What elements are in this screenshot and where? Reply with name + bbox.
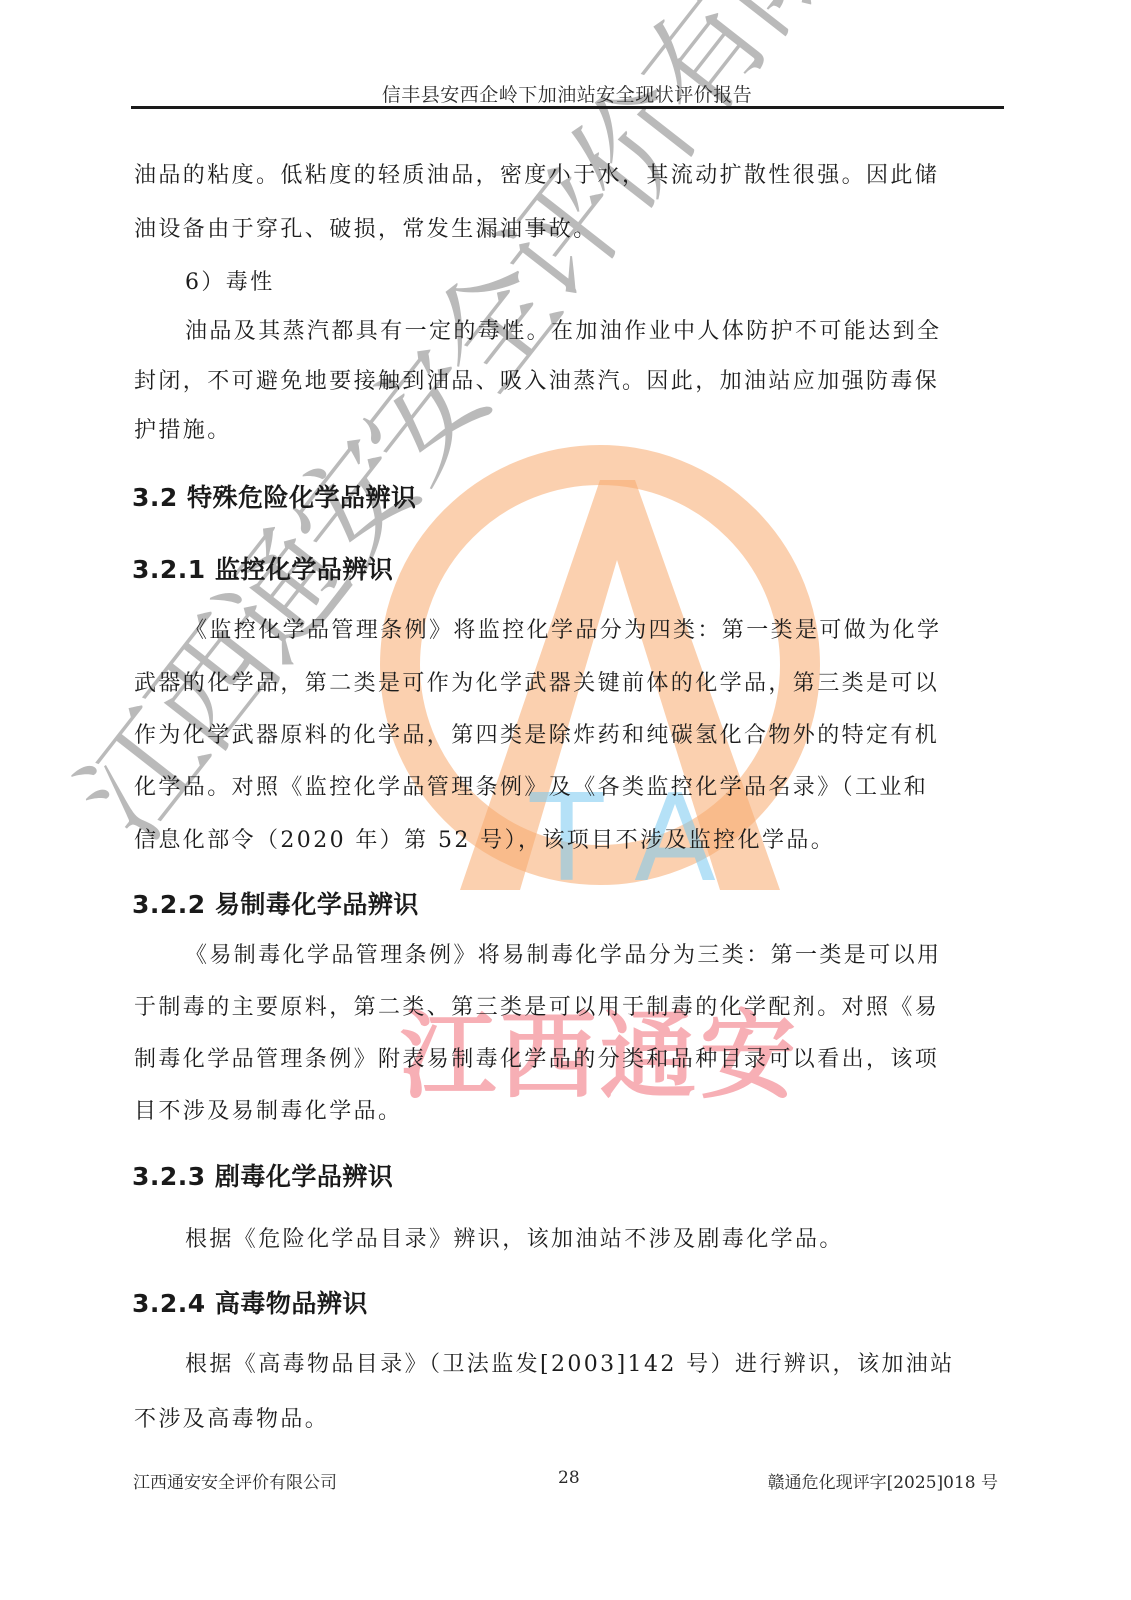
paragraph-line: 油品及其蒸汽都具有一定的毒性。在加油作业中人体防护不可能达到全: [185, 314, 941, 345]
section-heading-3-2-1: 3.2.1 监控化学品辨识: [132, 550, 393, 586]
running-header-title: 信丰县安西企岭下加油站安全现状评价报告: [130, 80, 1004, 107]
document-page: TA 江西通安 江西通安安全评价有限公司 信丰县安西企岭下加油站安全现状评价报告…: [0, 0, 1131, 1600]
footer-page-number: 28: [558, 1468, 580, 1488]
paragraph-line: 封闭，不可避免地要接触到油品、吸入油蒸汽。因此，加油站应加强防毒保: [134, 364, 939, 395]
footer-doc-number: 赣通危化现评字[2025]018 号: [768, 1468, 998, 1493]
paragraph-line: 信息化部令（2020 年）第 52 号），该项目不涉及监控化学品。: [134, 823, 835, 854]
paragraph-line: 武器的化学品，第二类是可作为化学武器关键前体的化学品，第三类是可以: [134, 666, 939, 697]
paragraph-line: 油品的粘度。低粘度的轻质油品，密度小于水，其流动扩散性很强。因此储: [134, 158, 939, 189]
paragraph-line: 护措施。: [134, 413, 232, 444]
paragraph-line: 油设备由于穿孔、破损，常发生漏油事故。: [134, 212, 598, 243]
paragraph-line: 根据《高毒物品目录》（卫法监发[2003]142 号）进行辨识，该加油站: [185, 1347, 955, 1378]
paragraph-line: 根据《危险化学品目录》辨识，该加油站不涉及剧毒化学品。: [185, 1222, 844, 1253]
section-heading-3-2-3: 3.2.3 剧毒化学品辨识: [132, 1157, 393, 1193]
paragraph-line: 《监控化学品管理条例》将监控化学品分为四类：第一类是可做为化学: [185, 613, 941, 644]
paragraph-line: 不涉及高毒物品。: [134, 1402, 329, 1433]
paragraph-line: 制毒化学品管理条例》附表易制毒化学品的分类和品种目录可以看出，该项: [134, 1042, 939, 1073]
paragraph-line: 作为化学武器原料的化学品，第四类是除炸药和纯碳氢化合物外的特定有机: [134, 718, 939, 749]
item-title: 6）毒性: [185, 265, 275, 296]
paragraph-line: 于制毒的主要原料，第二类、第三类是可以用于制毒的化学配剂。对照《易: [134, 990, 939, 1021]
footer-company: 江西通安安全评价有限公司: [133, 1468, 337, 1493]
text-layer: 信丰县安西企岭下加油站安全现状评价报告 油品的粘度。低粘度的轻质油品，密度小于水…: [0, 0, 1131, 1600]
section-heading-3-2: 3.2 特殊危险化学品辨识: [132, 478, 417, 514]
header-divider: [131, 106, 1004, 109]
section-heading-3-2-4: 3.2.4 高毒物品辨识: [132, 1284, 368, 1320]
paragraph-line: 《易制毒化学品管理条例》将易制毒化学品分为三类：第一类是可以用: [185, 938, 941, 969]
section-heading-3-2-2: 3.2.2 易制毒化学品辨识: [132, 885, 419, 921]
paragraph-line: 化学品。对照《监控化学品管理条例》及《各类监控化学品名录》（工业和: [134, 770, 928, 801]
paragraph-line: 目不涉及易制毒化学品。: [134, 1094, 402, 1125]
